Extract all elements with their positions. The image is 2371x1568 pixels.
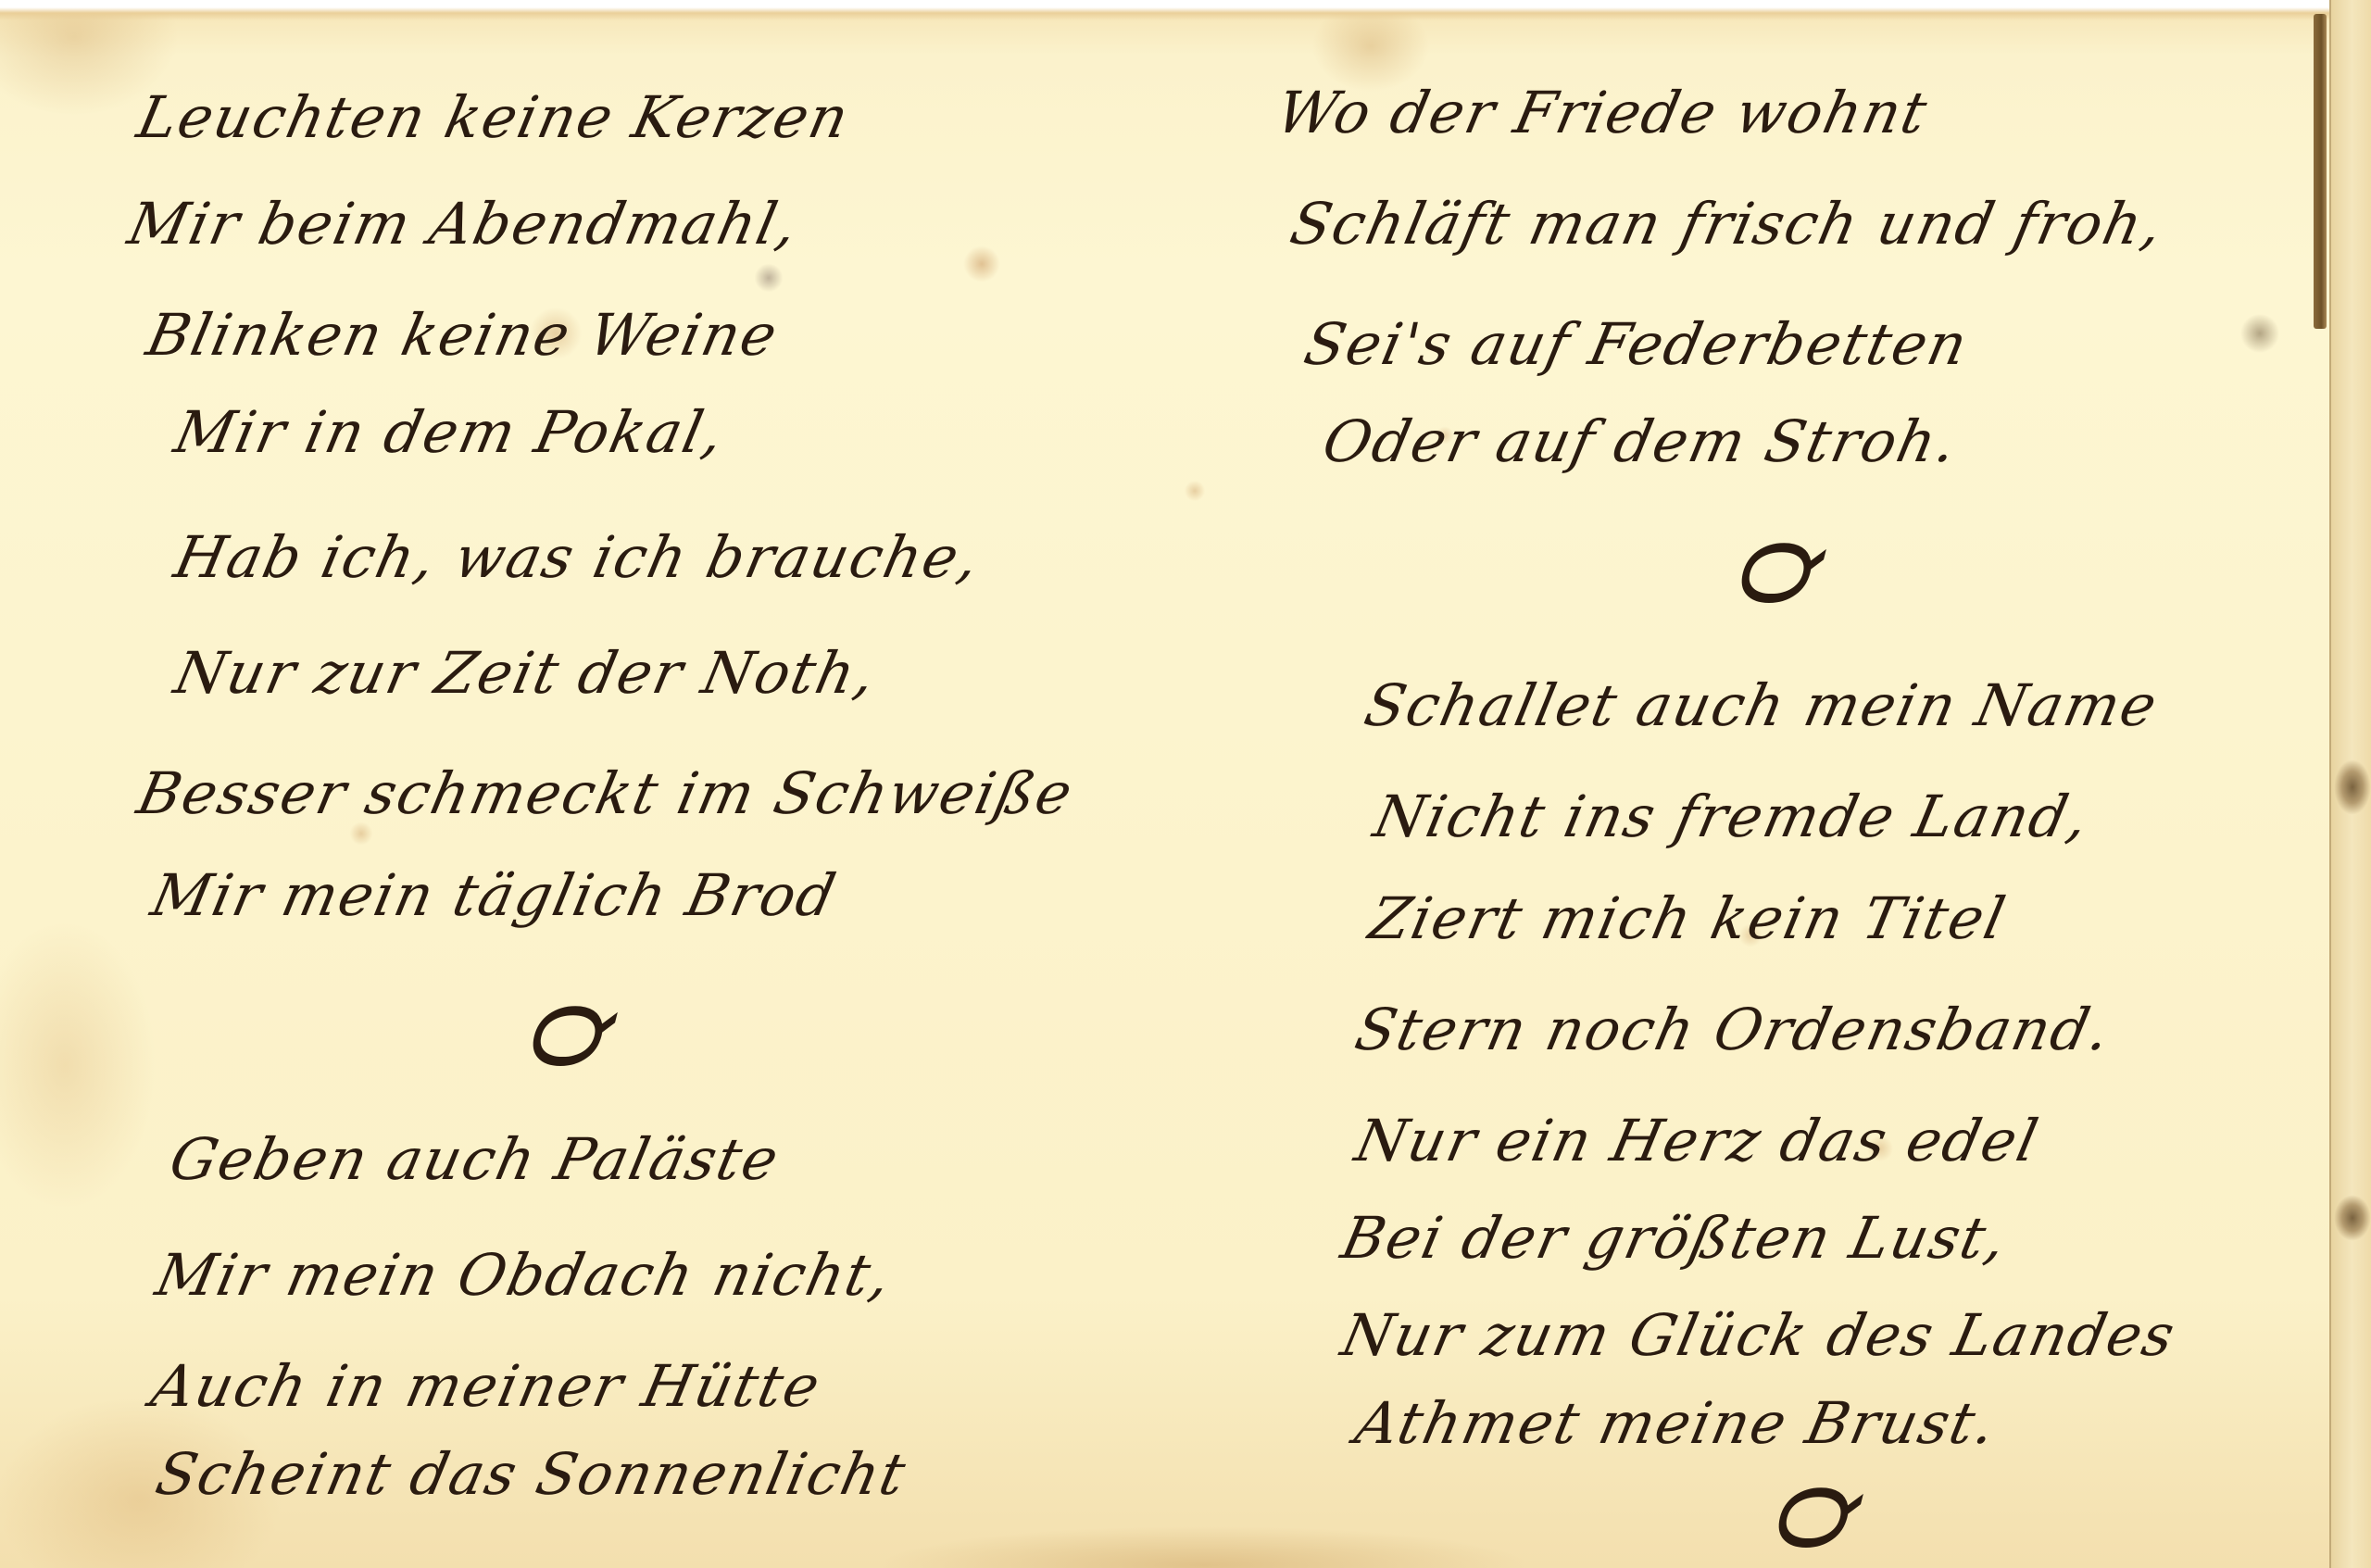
poem-line: Blinken keine Weine bbox=[141, 301, 784, 369]
poem-line: Leuchten keine Kerzen bbox=[132, 83, 856, 151]
poem-line: Stern noch Ordensband. bbox=[1349, 996, 2117, 1063]
binding-thread-icon bbox=[2334, 1195, 2371, 1241]
binding-thread-icon bbox=[2334, 759, 2371, 815]
poem-line: Schallet auch mein Name bbox=[1359, 671, 2164, 739]
binding-strip bbox=[2314, 14, 2327, 329]
poem-line: Mir mein Obdach nicht, bbox=[150, 1241, 898, 1309]
poem-line: Ziert mich kein Titel bbox=[1363, 884, 2013, 952]
poem-line: Oder auf dem Stroh. bbox=[1317, 408, 1964, 475]
section-divider-flourish-icon: ℺ bbox=[1769, 1463, 1851, 1567]
poem-line: Athmet meine Brust. bbox=[1349, 1389, 2002, 1457]
poem-line: Bei der größten Lust, bbox=[1336, 1204, 2013, 1272]
poem-line: Schläft man frisch und froh, bbox=[1285, 190, 2170, 257]
poem-line: Auch in meiner Hütte bbox=[145, 1352, 827, 1420]
poem-line: Sei's auf Federbetten bbox=[1298, 310, 1975, 378]
poem-line: Nur ein Herz das edel bbox=[1349, 1107, 2045, 1174]
poem-line: Wo der Friede wohnt bbox=[1271, 79, 1934, 146]
poem-line: Mir beim Abendmahl, bbox=[122, 190, 805, 257]
poem-line: Mir mein täglich Brod bbox=[145, 861, 843, 929]
poem-line: Nicht ins fremde Land, bbox=[1368, 783, 2096, 850]
poem-line: Besser schmeckt im Schweiße bbox=[132, 759, 1079, 827]
poem-line: Scheint das Sonnenlicht bbox=[150, 1440, 912, 1508]
manuscript-page: Leuchten keine Kerzen Mir beim Abendmahl… bbox=[0, 0, 2371, 1568]
poem-line: Hab ich, was ich brauche, bbox=[169, 523, 986, 591]
poem-line: Geben auch Paläste bbox=[164, 1125, 785, 1193]
poem-line: Mir in dem Pokal, bbox=[169, 398, 731, 466]
section-divider-flourish-icon: ℺ bbox=[1732, 519, 1814, 622]
torn-top-edge bbox=[0, 0, 2371, 20]
poem-line: Nur zur Zeit der Noth, bbox=[169, 639, 883, 707]
section-divider-flourish-icon: ℺ bbox=[523, 982, 606, 1085]
poem-line: Nur zum Glück des Landes bbox=[1336, 1301, 2182, 1369]
